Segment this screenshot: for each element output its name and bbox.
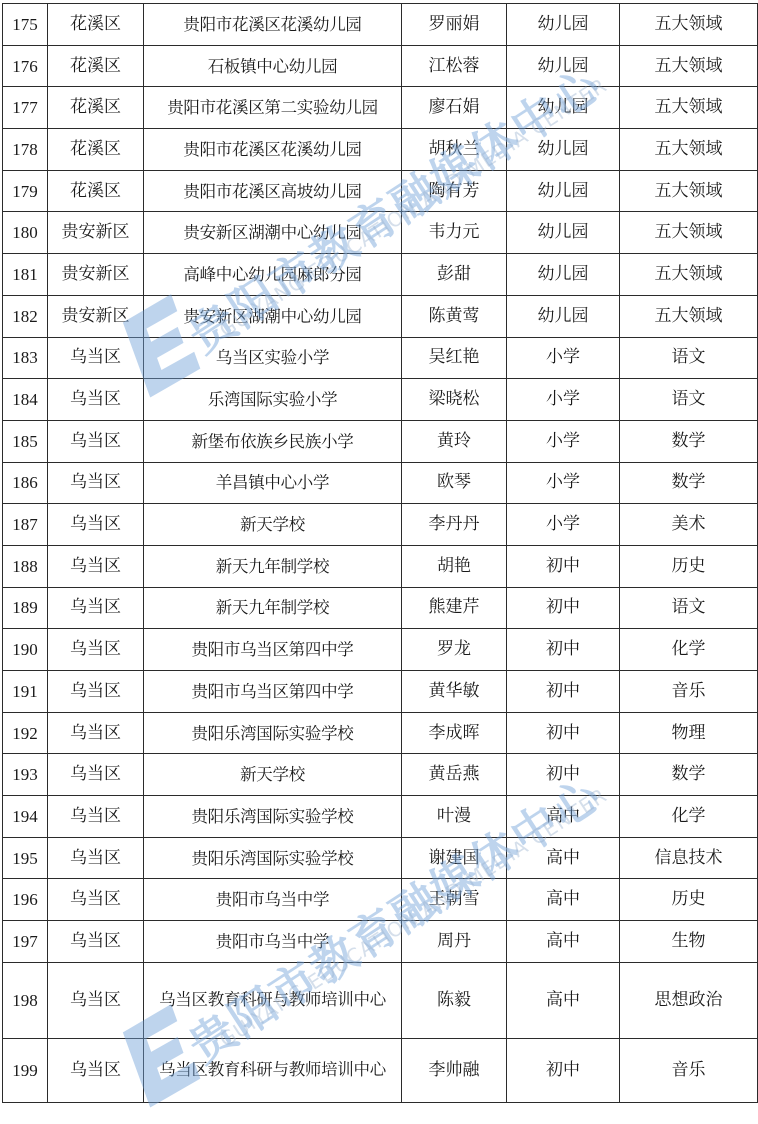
table-row: 193乌当区新天学校黄岳燕初中数学 <box>3 754 758 796</box>
subject-cell: 音乐 <box>620 671 758 713</box>
table-row: 183乌当区乌当区实验小学吴红艳小学语文 <box>3 337 758 379</box>
school-cell: 贵阳市花溪区花溪幼儿园 <box>144 129 402 171</box>
school-stage-cell: 幼儿园 <box>507 170 620 212</box>
row-number: 180 <box>3 212 48 254</box>
school-cell: 乌当区教育科研与教师培训中心 <box>144 962 402 1038</box>
row-number: 198 <box>3 962 48 1038</box>
district-cell: 花溪区 <box>48 170 144 212</box>
school-stage-cell: 小学 <box>507 420 620 462</box>
subject-cell: 五大领域 <box>620 170 758 212</box>
district-cell: 乌当区 <box>48 587 144 629</box>
row-number: 197 <box>3 921 48 963</box>
row-number: 186 <box>3 462 48 504</box>
school-stage-cell: 高中 <box>507 837 620 879</box>
subject-cell: 五大领域 <box>620 4 758 46</box>
row-number: 183 <box>3 337 48 379</box>
district-cell: 花溪区 <box>48 4 144 46</box>
school-cell: 贵阳市花溪区高坡幼儿园 <box>144 170 402 212</box>
school-stage-cell: 幼儿园 <box>507 87 620 129</box>
district-cell: 贵安新区 <box>48 212 144 254</box>
row-number: 185 <box>3 420 48 462</box>
teacher-name-cell: 梁晓松 <box>402 379 507 421</box>
table-row: 179花溪区贵阳市花溪区高坡幼儿园陶有芳幼儿园五大领域 <box>3 170 758 212</box>
district-cell: 乌当区 <box>48 837 144 879</box>
school-cell: 羊昌镇中心小学 <box>144 462 402 504</box>
subject-cell: 音乐 <box>620 1038 758 1102</box>
school-stage-cell: 初中 <box>507 754 620 796</box>
table-row: 194乌当区贵阳乐湾国际实验学校叶漫高中化学 <box>3 796 758 838</box>
subject-cell: 语文 <box>620 587 758 629</box>
table-row: 192乌当区贵阳乐湾国际实验学校李成晖初中物理 <box>3 712 758 754</box>
subject-cell: 五大领域 <box>620 87 758 129</box>
teacher-name-cell: 谢建国 <box>402 837 507 879</box>
school-cell: 贵阳市乌当中学 <box>144 879 402 921</box>
row-number: 177 <box>3 87 48 129</box>
teacher-name-cell: 王朝雪 <box>402 879 507 921</box>
table-row: 182贵安新区贵安新区湖潮中心幼儿园陈黄莺幼儿园五大领域 <box>3 295 758 337</box>
district-cell: 乌当区 <box>48 921 144 963</box>
table-row: 195乌当区贵阳乐湾国际实验学校谢建国高中信息技术 <box>3 837 758 879</box>
school-stage-cell: 幼儿园 <box>507 45 620 87</box>
table-row: 191乌当区贵阳市乌当区第四中学黄华敏初中音乐 <box>3 671 758 713</box>
subject-cell: 化学 <box>620 796 758 838</box>
district-cell: 花溪区 <box>48 129 144 171</box>
teacher-name-cell: 欧琴 <box>402 462 507 504</box>
table-row: 184乌当区乐湾国际实验小学梁晓松小学语文 <box>3 379 758 421</box>
row-number: 175 <box>3 4 48 46</box>
table-row: 181贵安新区高峰中心幼儿园麻郎分园彭甜幼儿园五大领域 <box>3 254 758 296</box>
row-number: 182 <box>3 295 48 337</box>
subject-cell: 物理 <box>620 712 758 754</box>
subject-cell: 语文 <box>620 337 758 379</box>
district-cell: 贵安新区 <box>48 295 144 337</box>
school-stage-cell: 幼儿园 <box>507 254 620 296</box>
row-number: 188 <box>3 545 48 587</box>
teacher-name-cell: 吴红艳 <box>402 337 507 379</box>
row-number: 181 <box>3 254 48 296</box>
school-stage-cell: 幼儿园 <box>507 212 620 254</box>
subject-cell: 五大领域 <box>620 254 758 296</box>
row-number: 179 <box>3 170 48 212</box>
table-row: 178花溪区贵阳市花溪区花溪幼儿园胡秋兰幼儿园五大领域 <box>3 129 758 171</box>
district-cell: 乌当区 <box>48 1038 144 1102</box>
school-cell: 贵阳乐湾国际实验学校 <box>144 837 402 879</box>
subject-cell: 数学 <box>620 462 758 504</box>
school-cell: 新天学校 <box>144 504 402 546</box>
school-cell: 乐湾国际实验小学 <box>144 379 402 421</box>
teacher-name-cell: 陈毅 <box>402 962 507 1038</box>
table-row: 189乌当区新天九年制学校熊建芹初中语文 <box>3 587 758 629</box>
district-cell: 乌当区 <box>48 420 144 462</box>
subject-cell: 五大领域 <box>620 129 758 171</box>
row-number: 189 <box>3 587 48 629</box>
subject-cell: 五大领域 <box>620 212 758 254</box>
school-cell: 新堡布依族乡民族小学 <box>144 420 402 462</box>
district-cell: 乌当区 <box>48 671 144 713</box>
district-cell: 乌当区 <box>48 379 144 421</box>
school-stage-cell: 高中 <box>507 879 620 921</box>
row-number: 187 <box>3 504 48 546</box>
school-cell: 贵阳市乌当区第四中学 <box>144 629 402 671</box>
school-stage-cell: 小学 <box>507 337 620 379</box>
table-row: 180贵安新区贵安新区湖潮中心幼儿园韦力元幼儿园五大领域 <box>3 212 758 254</box>
school-stage-cell: 初中 <box>507 629 620 671</box>
teacher-name-cell: 罗丽娟 <box>402 4 507 46</box>
district-cell: 乌当区 <box>48 462 144 504</box>
teacher-name-cell: 陶有芳 <box>402 170 507 212</box>
row-number: 176 <box>3 45 48 87</box>
table-row: 186乌当区羊昌镇中心小学欧琴小学数学 <box>3 462 758 504</box>
district-cell: 贵安新区 <box>48 254 144 296</box>
subject-cell: 数学 <box>620 754 758 796</box>
district-cell: 花溪区 <box>48 87 144 129</box>
teacher-name-cell: 罗龙 <box>402 629 507 671</box>
school-stage-cell: 高中 <box>507 921 620 963</box>
teacher-name-cell: 廖石娟 <box>402 87 507 129</box>
school-stage-cell: 初中 <box>507 1038 620 1102</box>
school-stage-cell: 高中 <box>507 796 620 838</box>
district-cell: 乌当区 <box>48 712 144 754</box>
table-row: 176花溪区石板镇中心幼儿园江松蓉幼儿园五大领域 <box>3 45 758 87</box>
school-cell: 乌当区实验小学 <box>144 337 402 379</box>
table-row: 190乌当区贵阳市乌当区第四中学罗龙初中化学 <box>3 629 758 671</box>
subject-cell: 信息技术 <box>620 837 758 879</box>
school-stage-cell: 小学 <box>507 504 620 546</box>
school-stage-cell: 初中 <box>507 587 620 629</box>
school-cell: 贵阳市乌当区第四中学 <box>144 671 402 713</box>
school-stage-cell: 初中 <box>507 545 620 587</box>
district-cell: 乌当区 <box>48 962 144 1038</box>
school-cell: 贵阳市花溪区花溪幼儿园 <box>144 4 402 46</box>
district-cell: 乌当区 <box>48 796 144 838</box>
subject-cell: 生物 <box>620 921 758 963</box>
row-number: 196 <box>3 879 48 921</box>
teacher-name-cell: 李帅融 <box>402 1038 507 1102</box>
table-row: 198乌当区乌当区教育科研与教师培训中心陈毅高中思想政治 <box>3 962 758 1038</box>
school-cell: 乌当区教育科研与教师培训中心 <box>144 1038 402 1102</box>
row-number: 190 <box>3 629 48 671</box>
district-cell: 花溪区 <box>48 45 144 87</box>
school-stage-cell: 幼儿园 <box>507 4 620 46</box>
subject-cell: 语文 <box>620 379 758 421</box>
subject-cell: 美术 <box>620 504 758 546</box>
school-stage-cell: 幼儿园 <box>507 295 620 337</box>
teacher-name-cell: 黄华敏 <box>402 671 507 713</box>
table-row: 188乌当区新天九年制学校胡艳初中历史 <box>3 545 758 587</box>
school-cell: 石板镇中心幼儿园 <box>144 45 402 87</box>
row-number: 178 <box>3 129 48 171</box>
district-cell: 乌当区 <box>48 545 144 587</box>
subject-cell: 历史 <box>620 545 758 587</box>
school-cell: 贵阳市花溪区第二实验幼儿园 <box>144 87 402 129</box>
district-cell: 乌当区 <box>48 879 144 921</box>
teacher-name-cell: 陈黄莺 <box>402 295 507 337</box>
teacher-name-cell: 李成晖 <box>402 712 507 754</box>
school-stage-cell: 小学 <box>507 462 620 504</box>
school-cell: 贵阳乐湾国际实验学校 <box>144 796 402 838</box>
teacher-name-cell: 熊建芹 <box>402 587 507 629</box>
teacher-name-cell: 彭甜 <box>402 254 507 296</box>
school-stage-cell: 初中 <box>507 712 620 754</box>
district-cell: 乌当区 <box>48 754 144 796</box>
teacher-name-cell: 叶漫 <box>402 796 507 838</box>
table-row: 196乌当区贵阳市乌当中学王朝雪高中历史 <box>3 879 758 921</box>
document-page: 175花溪区贵阳市花溪区花溪幼儿园罗丽娟幼儿园五大领域176花溪区石板镇中心幼儿… <box>0 0 758 1124</box>
school-cell: 贵安新区湖潮中心幼儿园 <box>144 295 402 337</box>
table-body: 175花溪区贵阳市花溪区花溪幼儿园罗丽娟幼儿园五大领域176花溪区石板镇中心幼儿… <box>3 4 758 1103</box>
school-cell: 新天学校 <box>144 754 402 796</box>
table-row: 177花溪区贵阳市花溪区第二实验幼儿园廖石娟幼儿园五大领域 <box>3 87 758 129</box>
teacher-name-cell: 黄玲 <box>402 420 507 462</box>
school-stage-cell: 幼儿园 <box>507 129 620 171</box>
teacher-name-cell: 黄岳燕 <box>402 754 507 796</box>
teacher-name-cell: 胡秋兰 <box>402 129 507 171</box>
school-cell: 新天九年制学校 <box>144 587 402 629</box>
row-number: 192 <box>3 712 48 754</box>
subject-cell: 思想政治 <box>620 962 758 1038</box>
table-row: 185乌当区新堡布依族乡民族小学黄玲小学数学 <box>3 420 758 462</box>
teacher-name-cell: 江松蓉 <box>402 45 507 87</box>
teacher-roster-table: 175花溪区贵阳市花溪区花溪幼儿园罗丽娟幼儿园五大领域176花溪区石板镇中心幼儿… <box>2 3 758 1103</box>
school-cell: 贵阳市乌当中学 <box>144 921 402 963</box>
district-cell: 乌当区 <box>48 337 144 379</box>
subject-cell: 五大领域 <box>620 295 758 337</box>
teacher-name-cell: 韦力元 <box>402 212 507 254</box>
school-cell: 贵阳乐湾国际实验学校 <box>144 712 402 754</box>
district-cell: 乌当区 <box>48 504 144 546</box>
district-cell: 乌当区 <box>48 629 144 671</box>
teacher-name-cell: 周丹 <box>402 921 507 963</box>
subject-cell: 化学 <box>620 629 758 671</box>
table-row: 175花溪区贵阳市花溪区花溪幼儿园罗丽娟幼儿园五大领域 <box>3 4 758 46</box>
subject-cell: 五大领域 <box>620 45 758 87</box>
row-number: 194 <box>3 796 48 838</box>
row-number: 193 <box>3 754 48 796</box>
row-number: 195 <box>3 837 48 879</box>
school-cell: 高峰中心幼儿园麻郎分园 <box>144 254 402 296</box>
teacher-name-cell: 李丹丹 <box>402 504 507 546</box>
table-row: 187乌当区新天学校李丹丹小学美术 <box>3 504 758 546</box>
school-stage-cell: 小学 <box>507 379 620 421</box>
school-cell: 贵安新区湖潮中心幼儿园 <box>144 212 402 254</box>
row-number: 199 <box>3 1038 48 1102</box>
teacher-name-cell: 胡艳 <box>402 545 507 587</box>
table-row: 197乌当区贵阳市乌当中学周丹高中生物 <box>3 921 758 963</box>
subject-cell: 历史 <box>620 879 758 921</box>
row-number: 184 <box>3 379 48 421</box>
subject-cell: 数学 <box>620 420 758 462</box>
table-row: 199乌当区乌当区教育科研与教师培训中心李帅融初中音乐 <box>3 1038 758 1102</box>
school-stage-cell: 初中 <box>507 671 620 713</box>
school-stage-cell: 高中 <box>507 962 620 1038</box>
school-cell: 新天九年制学校 <box>144 545 402 587</box>
row-number: 191 <box>3 671 48 713</box>
